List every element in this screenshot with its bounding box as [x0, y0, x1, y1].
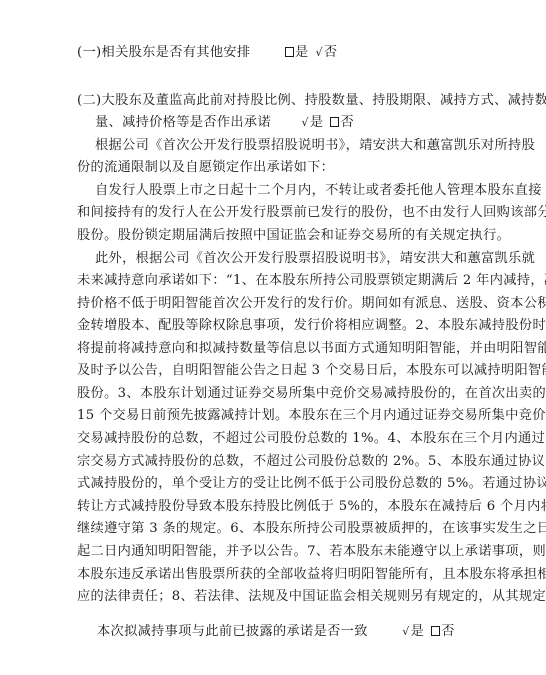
paragraph-line: 交易减持股份的总数，不超过公司股份总数的 1%。4、本股东在三个月内通过大 — [77, 430, 473, 448]
paragraph-line: 式减持股份的，单个受让方的受让比例不低于公司股份总数的 5%。若通过协议 — [77, 475, 473, 493]
paragraph-line: 本股东违反承诺出售股票所获的全部收益将归明阳智能所有，且本股东将承担相 — [77, 566, 473, 584]
section1-no-label: 否 — [324, 45, 338, 60]
paragraph-line: 将提前将减持意向和拟减持数量等信息以书面方式通知明阳智能，并由明阳智能 — [77, 340, 473, 358]
paragraph-line: 股份。3、本股东计划通过证券交易所集中竞价交易减持股份的，在首次出卖的 — [77, 385, 473, 403]
section2-question-line2: 量、减持价格等是否作出承诺 √是否 — [95, 114, 491, 132]
paragraph-line: 此外，根据公司《首次公开发行股票招股说明书》，靖安洪大和蕙富凯乐就 — [95, 250, 473, 268]
paragraph-line: 转让方式减持股份导致本股东持股比例低于 5%的，本股东在减持后 6 个月内将 — [77, 498, 473, 516]
section2-yes-label: 是 — [310, 115, 324, 130]
paragraph-line: 宗交易方式减持股份的总数，不超过公司股份总数的 2%。5、本股东通过协议方 — [77, 453, 473, 471]
paragraph-line: 未来减持意向承诺如下：“1、在本股东所持公司股票锁定期满后 2 年内减持，减 — [77, 272, 473, 290]
section2-label: 量、减持价格等是否作出承诺 — [95, 115, 271, 130]
section3-question: 本次拟减持事项与此前已披露的承诺是否一致 √是否 — [97, 623, 493, 641]
paragraph-line: 起二日内通知明阳智能，并予以公告。7、若本股东未能遵守以上承诺事项，则 — [77, 543, 473, 561]
paragraph-line: 应的法律责任；8、若法律、法规及中国证监会相关规则另有规定的，从其规定。” — [77, 588, 473, 606]
section3-no-label: 否 — [441, 624, 455, 639]
paragraph-line: 金转增股本、配股等除权除息事项，发行价将相应调整。2、本股东减持股份时， — [77, 317, 473, 335]
paragraph-line: 根据公司《首次公开发行股票招股说明书》，靖安洪大和蕙富凯乐对所持股 — [95, 137, 473, 155]
paragraph-line: 及时予以公告，自明阳智能公告之日起 3 个交易日后，本股东可以减持明阳智能 — [77, 362, 473, 380]
section3-label: 本次拟减持事项与此前已披露的承诺是否一致 — [97, 624, 368, 639]
paragraph-line: 和间接持有的发行人在公开发行股票前已发行的股份，也不由发行人回购该部分 — [77, 204, 473, 222]
section1-no-checkmark-icon[interactable]: √ — [316, 46, 323, 59]
section1-question: (一)相关股东是否有其他安排 是√否 — [77, 44, 473, 62]
paragraph-line: 自发行人股票上市之日起十二个月内，不转让或者委托他人管理本股东直接 — [95, 182, 473, 200]
section2-no-checkbox[interactable] — [330, 117, 339, 127]
paragraph-line: 15 个交易日前预先披露减持计划。本股东在三个月内通过证券交易所集中竞价 — [77, 407, 473, 425]
section2-yes-checkmark-icon[interactable]: √ — [302, 116, 309, 129]
section1-label: (一)相关股东是否有其他安排 — [77, 45, 250, 60]
section2-no-label: 否 — [340, 115, 354, 130]
section2-options: √是否 — [302, 114, 354, 132]
section3-options: √是否 — [402, 623, 454, 641]
section3-yes-checkmark-icon[interactable]: √ — [402, 625, 409, 638]
paragraph-line: 继续遵守第 3 条的规定。6、本股东所持公司股票被质押的，在该事实发生之日 — [77, 520, 473, 538]
document-page: (一)相关股东是否有其他安排 是√否 (二)大股东及董监高此前对持股比例、持股数… — [0, 0, 546, 675]
section1-yes-checkbox[interactable] — [285, 47, 294, 57]
section2-question-line1: (二)大股东及董监高此前对持股比例、持股数量、持股期限、减持方式、减持数 — [77, 92, 473, 110]
section3-yes-label: 是 — [411, 624, 425, 639]
paragraph-line: 股份。股份锁定期届满后按照中国证监会和证券交易所的有关规定执行。 — [77, 227, 473, 245]
section1-options: 是√否 — [285, 44, 337, 62]
section3-no-checkbox[interactable] — [431, 626, 440, 636]
paragraph-line: 持价格不低于明阳智能首次公开发行的发行价。期间如有派息、送股、资本公积 — [77, 295, 473, 313]
paragraph-line: 份的流通限制以及自愿锁定作出承诺如下： — [77, 159, 473, 177]
section1-yes-label: 是 — [295, 45, 309, 60]
